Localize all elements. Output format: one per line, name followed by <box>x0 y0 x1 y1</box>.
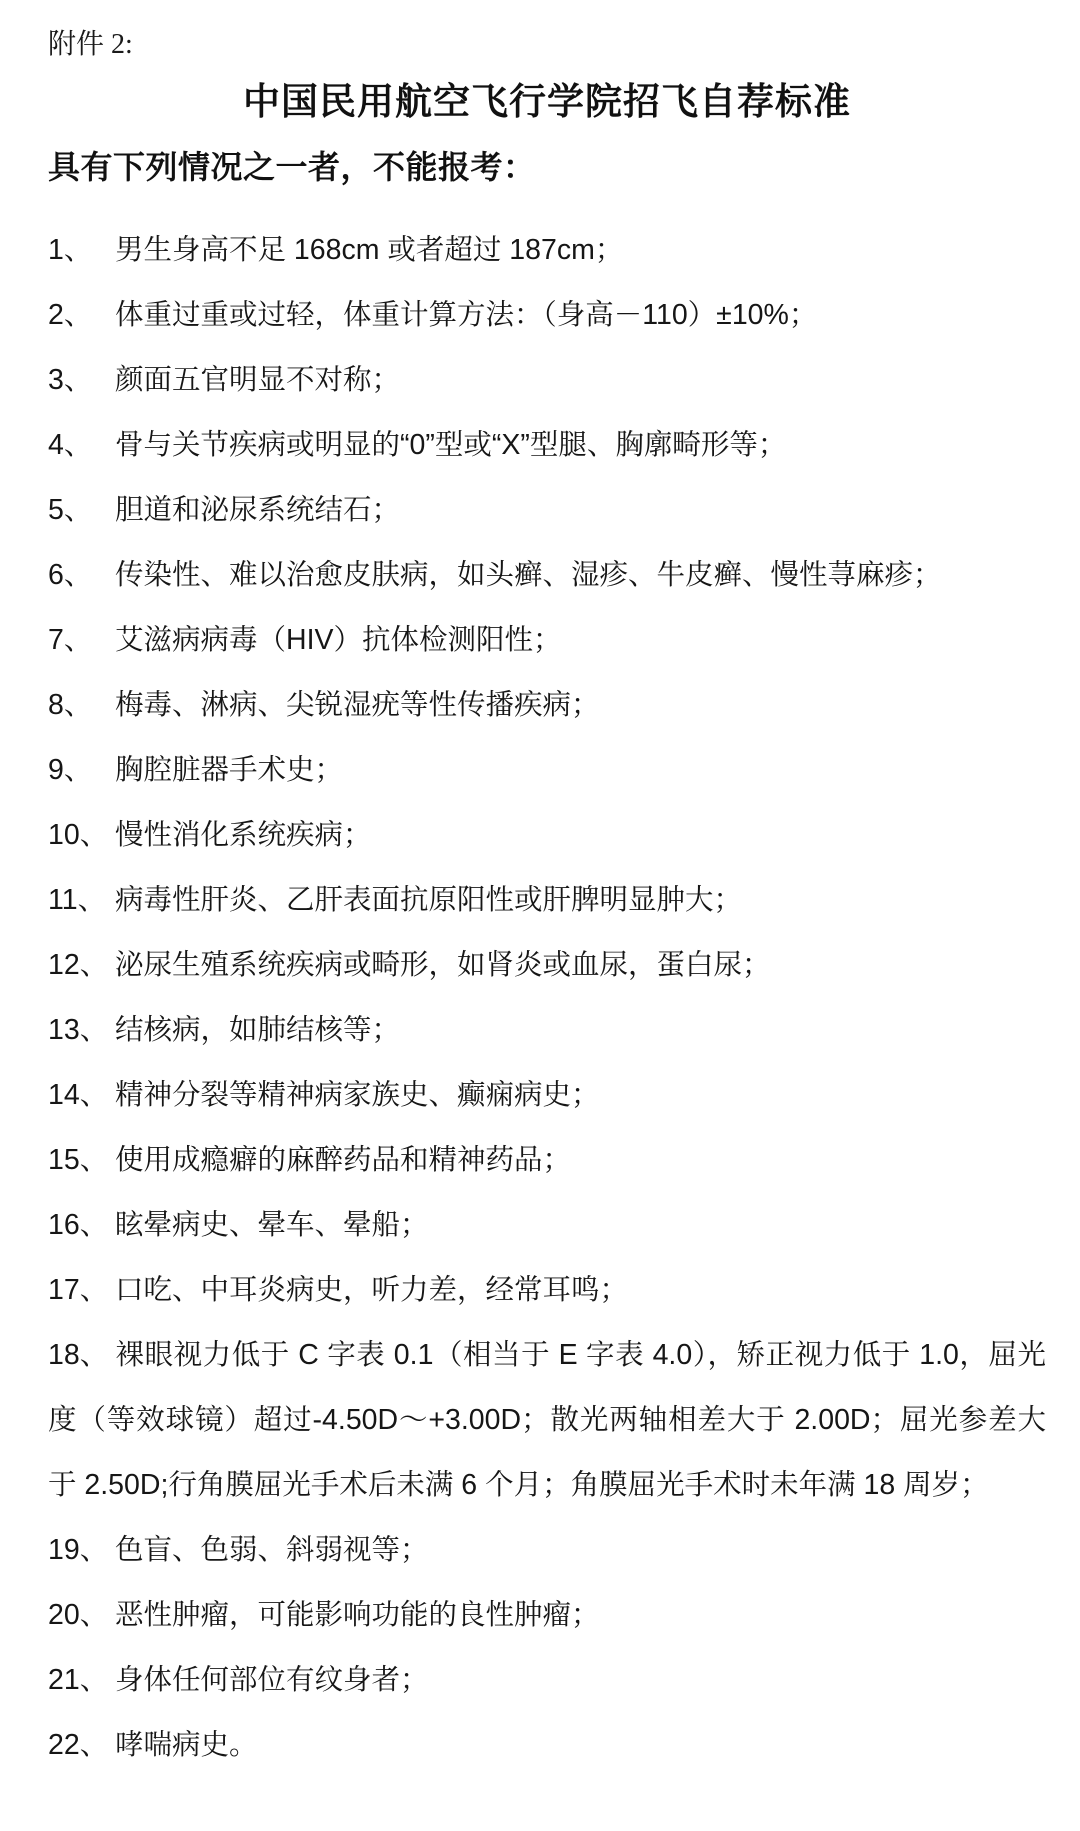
item-text: 哮喘病史。 <box>115 1729 258 1761</box>
item-number: 4、 <box>48 413 115 478</box>
item-number: 1、 <box>48 218 115 283</box>
item-number: 16、 <box>48 1193 115 1258</box>
list-item: 1、男生身高不足 168cm 或者超过 187cm； <box>48 218 1046 283</box>
item-text: 艾滋病病毒（HIV）抗体检测阳性； <box>115 624 562 656</box>
list-item: 7、艾滋病病毒（HIV）抗体检测阳性； <box>48 608 1046 673</box>
list-item: 18、裸眼视力低于 C 字表 0.1（相当于 E 字表 4.0），矫正视力低于 … <box>48 1323 1046 1518</box>
list-item: 17、口吃、中耳炎病史，听力差，经常耳鸣； <box>48 1258 1046 1323</box>
item-text: 胆道和泌尿系统结石； <box>115 494 400 526</box>
item-text: 骨与关节疾病或明显的“0”型或“X”型腿、胸廓畸形等； <box>115 429 786 461</box>
item-number: 7、 <box>48 608 115 673</box>
item-number: 22、 <box>48 1713 115 1778</box>
list-item: 4、骨与关节疾病或明显的“0”型或“X”型腿、胸廓畸形等； <box>48 413 1046 478</box>
item-text: 体重过重或过轻，体重计算方法：（身高－110）±10%； <box>115 299 817 331</box>
list-item: 9、胸腔脏器手术史； <box>48 738 1046 803</box>
list-item: 5、胆道和泌尿系统结石； <box>48 478 1046 543</box>
item-number: 13、 <box>48 998 115 1063</box>
item-text: 传染性、难以治愈皮肤病，如头癣、湿疹、牛皮癣、慢性荨麻疹； <box>115 559 942 591</box>
item-text: 胸腔脏器手术史； <box>115 754 343 786</box>
document-page: 附件 2: 中国民用航空飞行学院招飞自荐标准 具有下列情况之一者，不能报考： 1… <box>0 0 1080 1831</box>
item-text: 使用成瘾癖的麻醉药品和精神药品； <box>115 1144 571 1176</box>
item-number: 21、 <box>48 1648 115 1713</box>
item-number: 11、 <box>48 868 115 933</box>
item-number: 3、 <box>48 348 115 413</box>
list-item: 3、颜面五官明显不对称； <box>48 348 1046 413</box>
item-text: 梅毒、淋病、尖锐湿疣等性传播疾病； <box>115 689 600 721</box>
disqualification-list: 1、男生身高不足 168cm 或者超过 187cm；2、体重过重或过轻，体重计算… <box>48 218 1046 1778</box>
item-text: 病毒性肝炎、乙肝表面抗原阳性或肝脾明显肿大； <box>115 884 742 916</box>
list-item: 16、眩晕病史、晕车、晕船； <box>48 1193 1046 1258</box>
list-item: 2、体重过重或过轻，体重计算方法：（身高－110）±10%； <box>48 283 1046 348</box>
list-item: 8、梅毒、淋病、尖锐湿疣等性传播疾病； <box>48 673 1046 738</box>
item-text: 身体任何部位有纹身者； <box>115 1664 429 1696</box>
list-item: 15、使用成瘾癖的麻醉药品和精神药品； <box>48 1128 1046 1193</box>
list-item: 13、结核病，如肺结核等； <box>48 998 1046 1063</box>
item-number: 10、 <box>48 803 115 868</box>
list-item: 20、恶性肿瘤，可能影响功能的良性肿瘤； <box>48 1583 1046 1648</box>
item-number: 9、 <box>48 738 115 803</box>
item-number: 20、 <box>48 1583 115 1648</box>
list-item: 6、传染性、难以治愈皮肤病，如头癣、湿疹、牛皮癣、慢性荨麻疹； <box>48 543 1046 608</box>
item-text: 色盲、色弱、斜弱视等； <box>115 1534 429 1566</box>
item-text: 颜面五官明显不对称； <box>115 364 400 396</box>
item-text: 慢性消化系统疾病； <box>115 819 372 851</box>
item-number: 5、 <box>48 478 115 543</box>
item-text: 精神分裂等精神病家族史、癫痫病史； <box>115 1079 600 1111</box>
list-item: 19、色盲、色弱、斜弱视等； <box>48 1518 1046 1583</box>
list-item: 22、哮喘病史。 <box>48 1713 1046 1778</box>
list-item: 10、慢性消化系统疾病； <box>48 803 1046 868</box>
attachment-label: 附件 2: <box>48 22 1046 68</box>
list-item: 11、病毒性肝炎、乙肝表面抗原阳性或肝脾明显肿大； <box>48 868 1046 933</box>
item-text: 泌尿生殖系统疾病或畸形，如肾炎或血尿，蛋白尿； <box>115 949 771 981</box>
intro-heading: 具有下列情况之一者，不能报考： <box>48 138 1046 196</box>
item-number: 18、 <box>48 1323 115 1388</box>
item-number: 14、 <box>48 1063 115 1128</box>
item-number: 6、 <box>48 543 115 608</box>
item-text: 恶性肿瘤，可能影响功能的良性肿瘤； <box>115 1599 600 1631</box>
item-text: 眩晕病史、晕车、晕船； <box>115 1209 429 1241</box>
item-number: 2、 <box>48 283 115 348</box>
list-item: 12、泌尿生殖系统疾病或畸形，如肾炎或血尿，蛋白尿； <box>48 933 1046 998</box>
page-title: 中国民用航空飞行学院招飞自荐标准 <box>48 77 1046 129</box>
item-text: 结核病，如肺结核等； <box>115 1014 400 1046</box>
item-text: 裸眼视力低于 C 字表 0.1（相当于 E 字表 4.0），矫正视力低于 1.0… <box>48 1339 1046 1501</box>
list-item: 21、身体任何部位有纹身者； <box>48 1648 1046 1713</box>
item-number: 15、 <box>48 1128 115 1193</box>
list-item: 14、精神分裂等精神病家族史、癫痫病史； <box>48 1063 1046 1128</box>
item-number: 19、 <box>48 1518 115 1583</box>
item-number: 8、 <box>48 673 115 738</box>
item-number: 12、 <box>48 933 115 998</box>
item-text: 男生身高不足 168cm 或者超过 187cm； <box>115 234 623 266</box>
item-text: 口吃、中耳炎病史，听力差，经常耳鸣； <box>115 1274 628 1306</box>
item-number: 17、 <box>48 1258 115 1323</box>
